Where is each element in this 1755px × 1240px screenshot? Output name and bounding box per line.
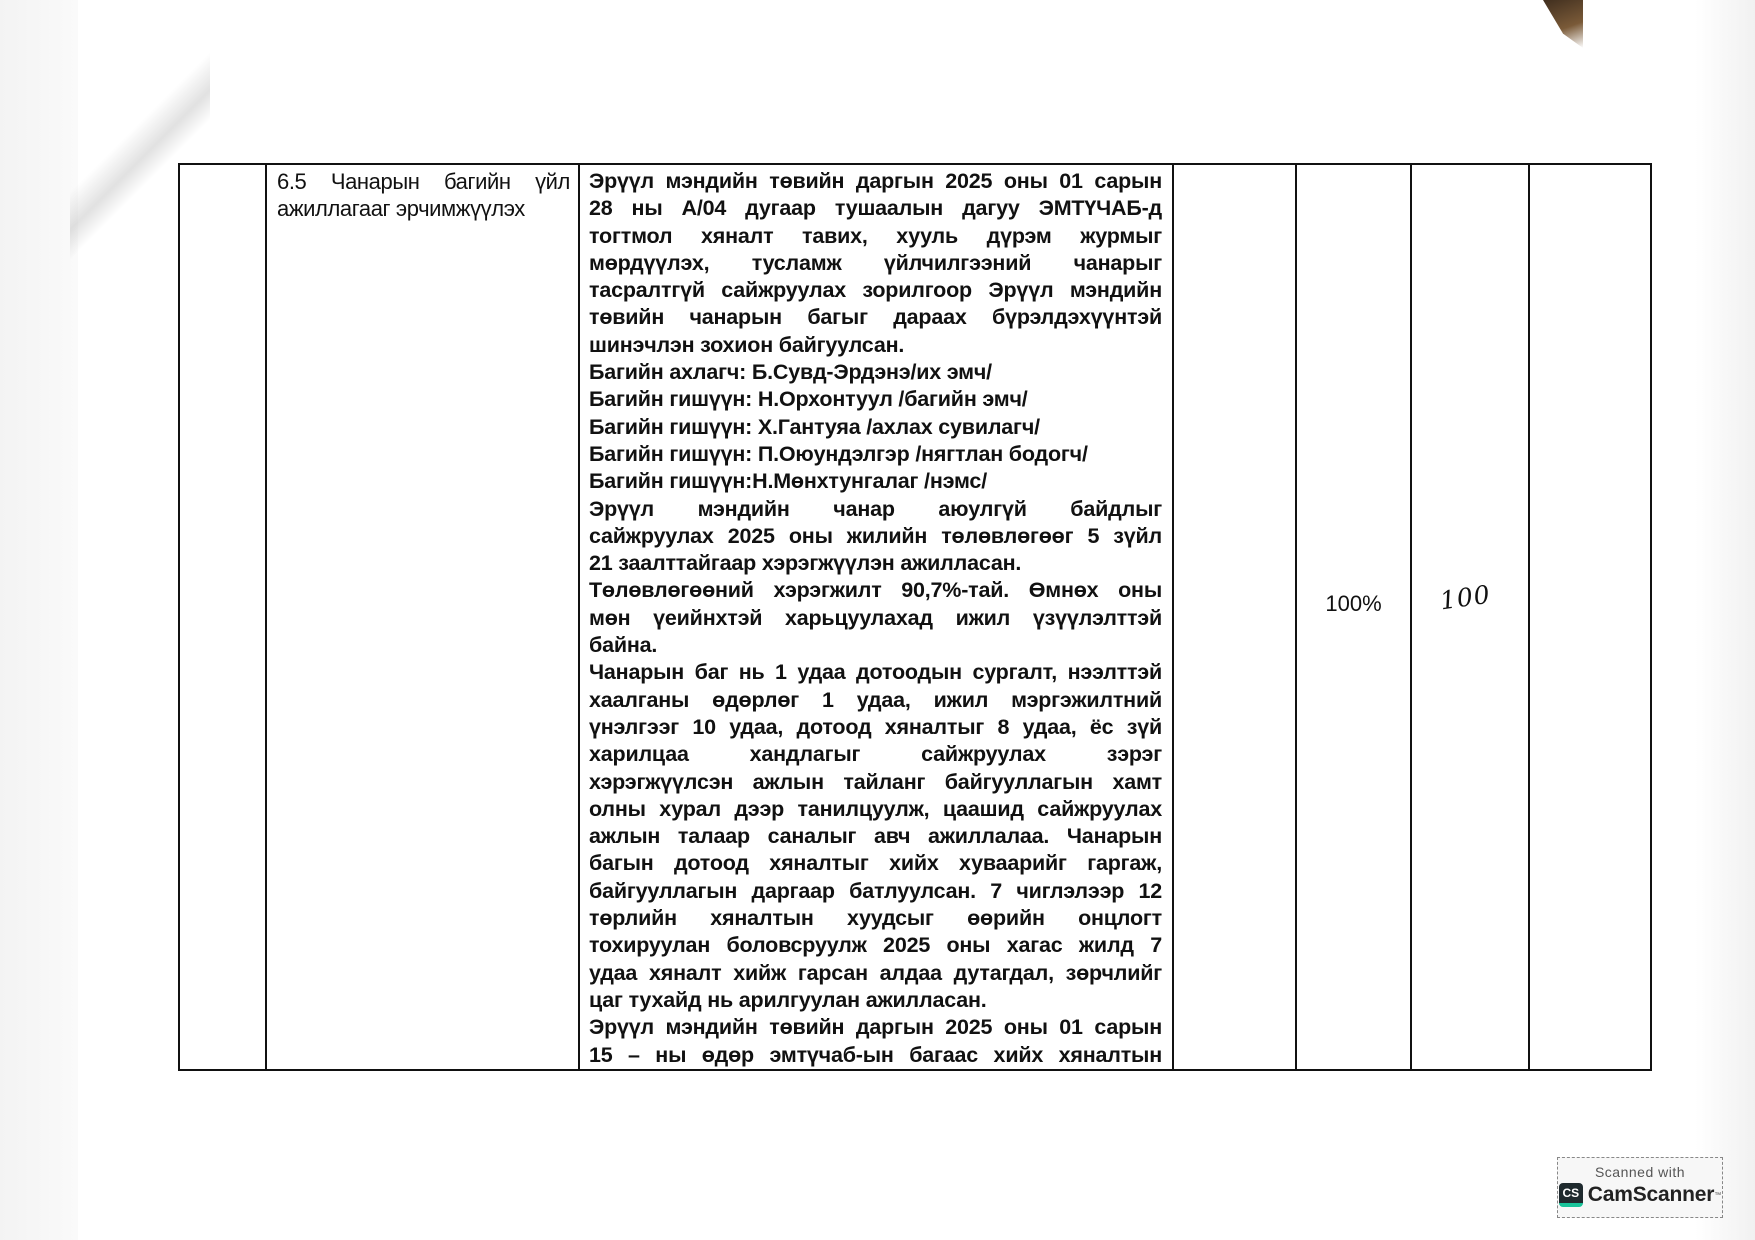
description-line: төвийн чанарын багыг дараах бүрэлдэхүүнт… — [589, 304, 1162, 331]
description-line: Эрүүл мэндийн төвийн даргын 2025 оны 01 … — [589, 1014, 1162, 1041]
description-line: харилцаа хандлагыг сайжруулах зэрэг — [589, 741, 1162, 768]
column-a-cell — [1173, 164, 1296, 1070]
column-d-cell — [1529, 164, 1651, 1070]
description-cell: Эрүүл мэндийн төвийн даргын 2025 оны 01 … — [579, 164, 1173, 1070]
description-line: Багийн гишүүн: Н.Орхонтуул /багийн эмч/ — [589, 386, 1162, 413]
scan-background-right — [1695, 0, 1755, 1240]
description-line: 21 заалттайгаар хэрэгжүүлэн ажилласан. — [589, 550, 1162, 577]
scan-corner-object — [1533, 0, 1583, 48]
description-line: шинэчлэн зохион байгуулсан. — [589, 332, 1162, 359]
description-line: үнэлгээг 10 удаа, дотоод хяналтыг 8 удаа… — [589, 714, 1162, 741]
trademark-symbol: ™ — [1714, 1192, 1721, 1199]
description-line: Багийн гишүүн: П.Оюундэлгэр /нягтлан бод… — [589, 441, 1162, 468]
description-line: мөн үеийнхтэй харьцуулахад ижил үзүүлэлт… — [589, 605, 1162, 632]
description-line: Багийн ахлагч: Б.Сувд-Эрдэнэ/их эмч/ — [589, 359, 1162, 386]
row-number-cell — [179, 164, 266, 1070]
description-line: тасралтгүй сайжруулах зорилгоор Эрүүл мэ… — [589, 277, 1162, 304]
description-line: 28 ны А/04 дугаар тушаалын дагуу ЭМТҮЧАБ… — [589, 195, 1162, 222]
description-line: ажлын талаар саналыг авч ажиллалаа. Чана… — [589, 823, 1162, 850]
watermark-caption: Scanned with — [1558, 1164, 1722, 1180]
description-line: мөрдүүлэх, тусламж үйлчилгээний чанарыг — [589, 250, 1162, 277]
description-line: Чанарын баг нь 1 удаа дотоодын сургалт, … — [589, 659, 1162, 686]
description-line: Эрүүл мэндийн чанар аюулгүй байдлыг — [589, 496, 1162, 523]
task-text: 6.5 Чанарын багийн үйл ажиллагааг эрчимж… — [267, 165, 578, 222]
description-line: удаа хяналт хийж гарсан алдаа дутагдал, … — [589, 960, 1162, 987]
description-line: сайжруулах 2025 оны жилийн төлөвлөгөөг 5… — [589, 523, 1162, 550]
description-line: 15 – ны өдөр эмтүчаб-ын багаас хийх хяна… — [589, 1042, 1162, 1069]
description-text: Эрүүл мэндийн төвийн даргын 2025 оны 01 … — [580, 165, 1172, 1069]
description-line: хэрэгжүүлсэн ажлын тайланг байгууллагын … — [589, 769, 1162, 796]
description-line: Багийн гишүүн:Н.Мөнхтунгалаг /нэмс/ — [589, 468, 1162, 495]
description-line: Төлөвлөгөөний хэрэгжилт 90,7%-тай. Өмнөх… — [589, 577, 1162, 604]
score-cell: 100 — [1411, 164, 1529, 1070]
report-table: 6.5 Чанарын багийн үйл ажиллагааг эрчимж… — [178, 163, 1652, 1071]
scan-background-left — [0, 0, 78, 1240]
watermark-brand: CamScanner — [1588, 1183, 1714, 1207]
description-line: байна. — [589, 632, 1162, 659]
description-line: Багийн гишүүн: Х.Гантуяа /ахлах сувилагч… — [589, 414, 1162, 441]
description-line: багын дотоод хяналтыг хийх хуваарийг гар… — [589, 850, 1162, 877]
description-line: төрлийн хяналтын хуудсыг өөрийн онцлогт — [589, 905, 1162, 932]
percentage-cell: 100% — [1296, 164, 1411, 1070]
description-line: байгууллагын даргаар батлуулсан. 7 чиглэ… — [589, 878, 1162, 905]
description-line: цаг тухайд нь арилгуулан ажилласан. — [589, 987, 1162, 1014]
description-line: Эрүүл мэндийн төвийн даргын 2025 оны 01 … — [589, 168, 1162, 195]
description-line: олны хурал дээр танилцуулж, цаашид сайжр… — [589, 796, 1162, 823]
camscanner-watermark: Scanned with CS CamScanner™ — [1557, 1157, 1723, 1218]
task-cell: 6.5 Чанарын багийн үйл ажиллагааг эрчимж… — [266, 164, 579, 1070]
table-row: 6.5 Чанарын багийн үйл ажиллагааг эрчимж… — [179, 164, 1651, 1070]
camscanner-logo-icon: CS — [1559, 1183, 1583, 1207]
description-line: тогтмол хяналт тавих, хууль дүрэм журмыг — [589, 223, 1162, 250]
completion-percentage: 100% — [1297, 591, 1410, 617]
handwritten-score: 100 — [1438, 580, 1492, 616]
description-line: тохируулан боловсруулж 2025 оны хагас жи… — [589, 932, 1162, 959]
description-line: хаалганы өдөрлөг 1 удаа, ижил мэргэжилтн… — [589, 687, 1162, 714]
